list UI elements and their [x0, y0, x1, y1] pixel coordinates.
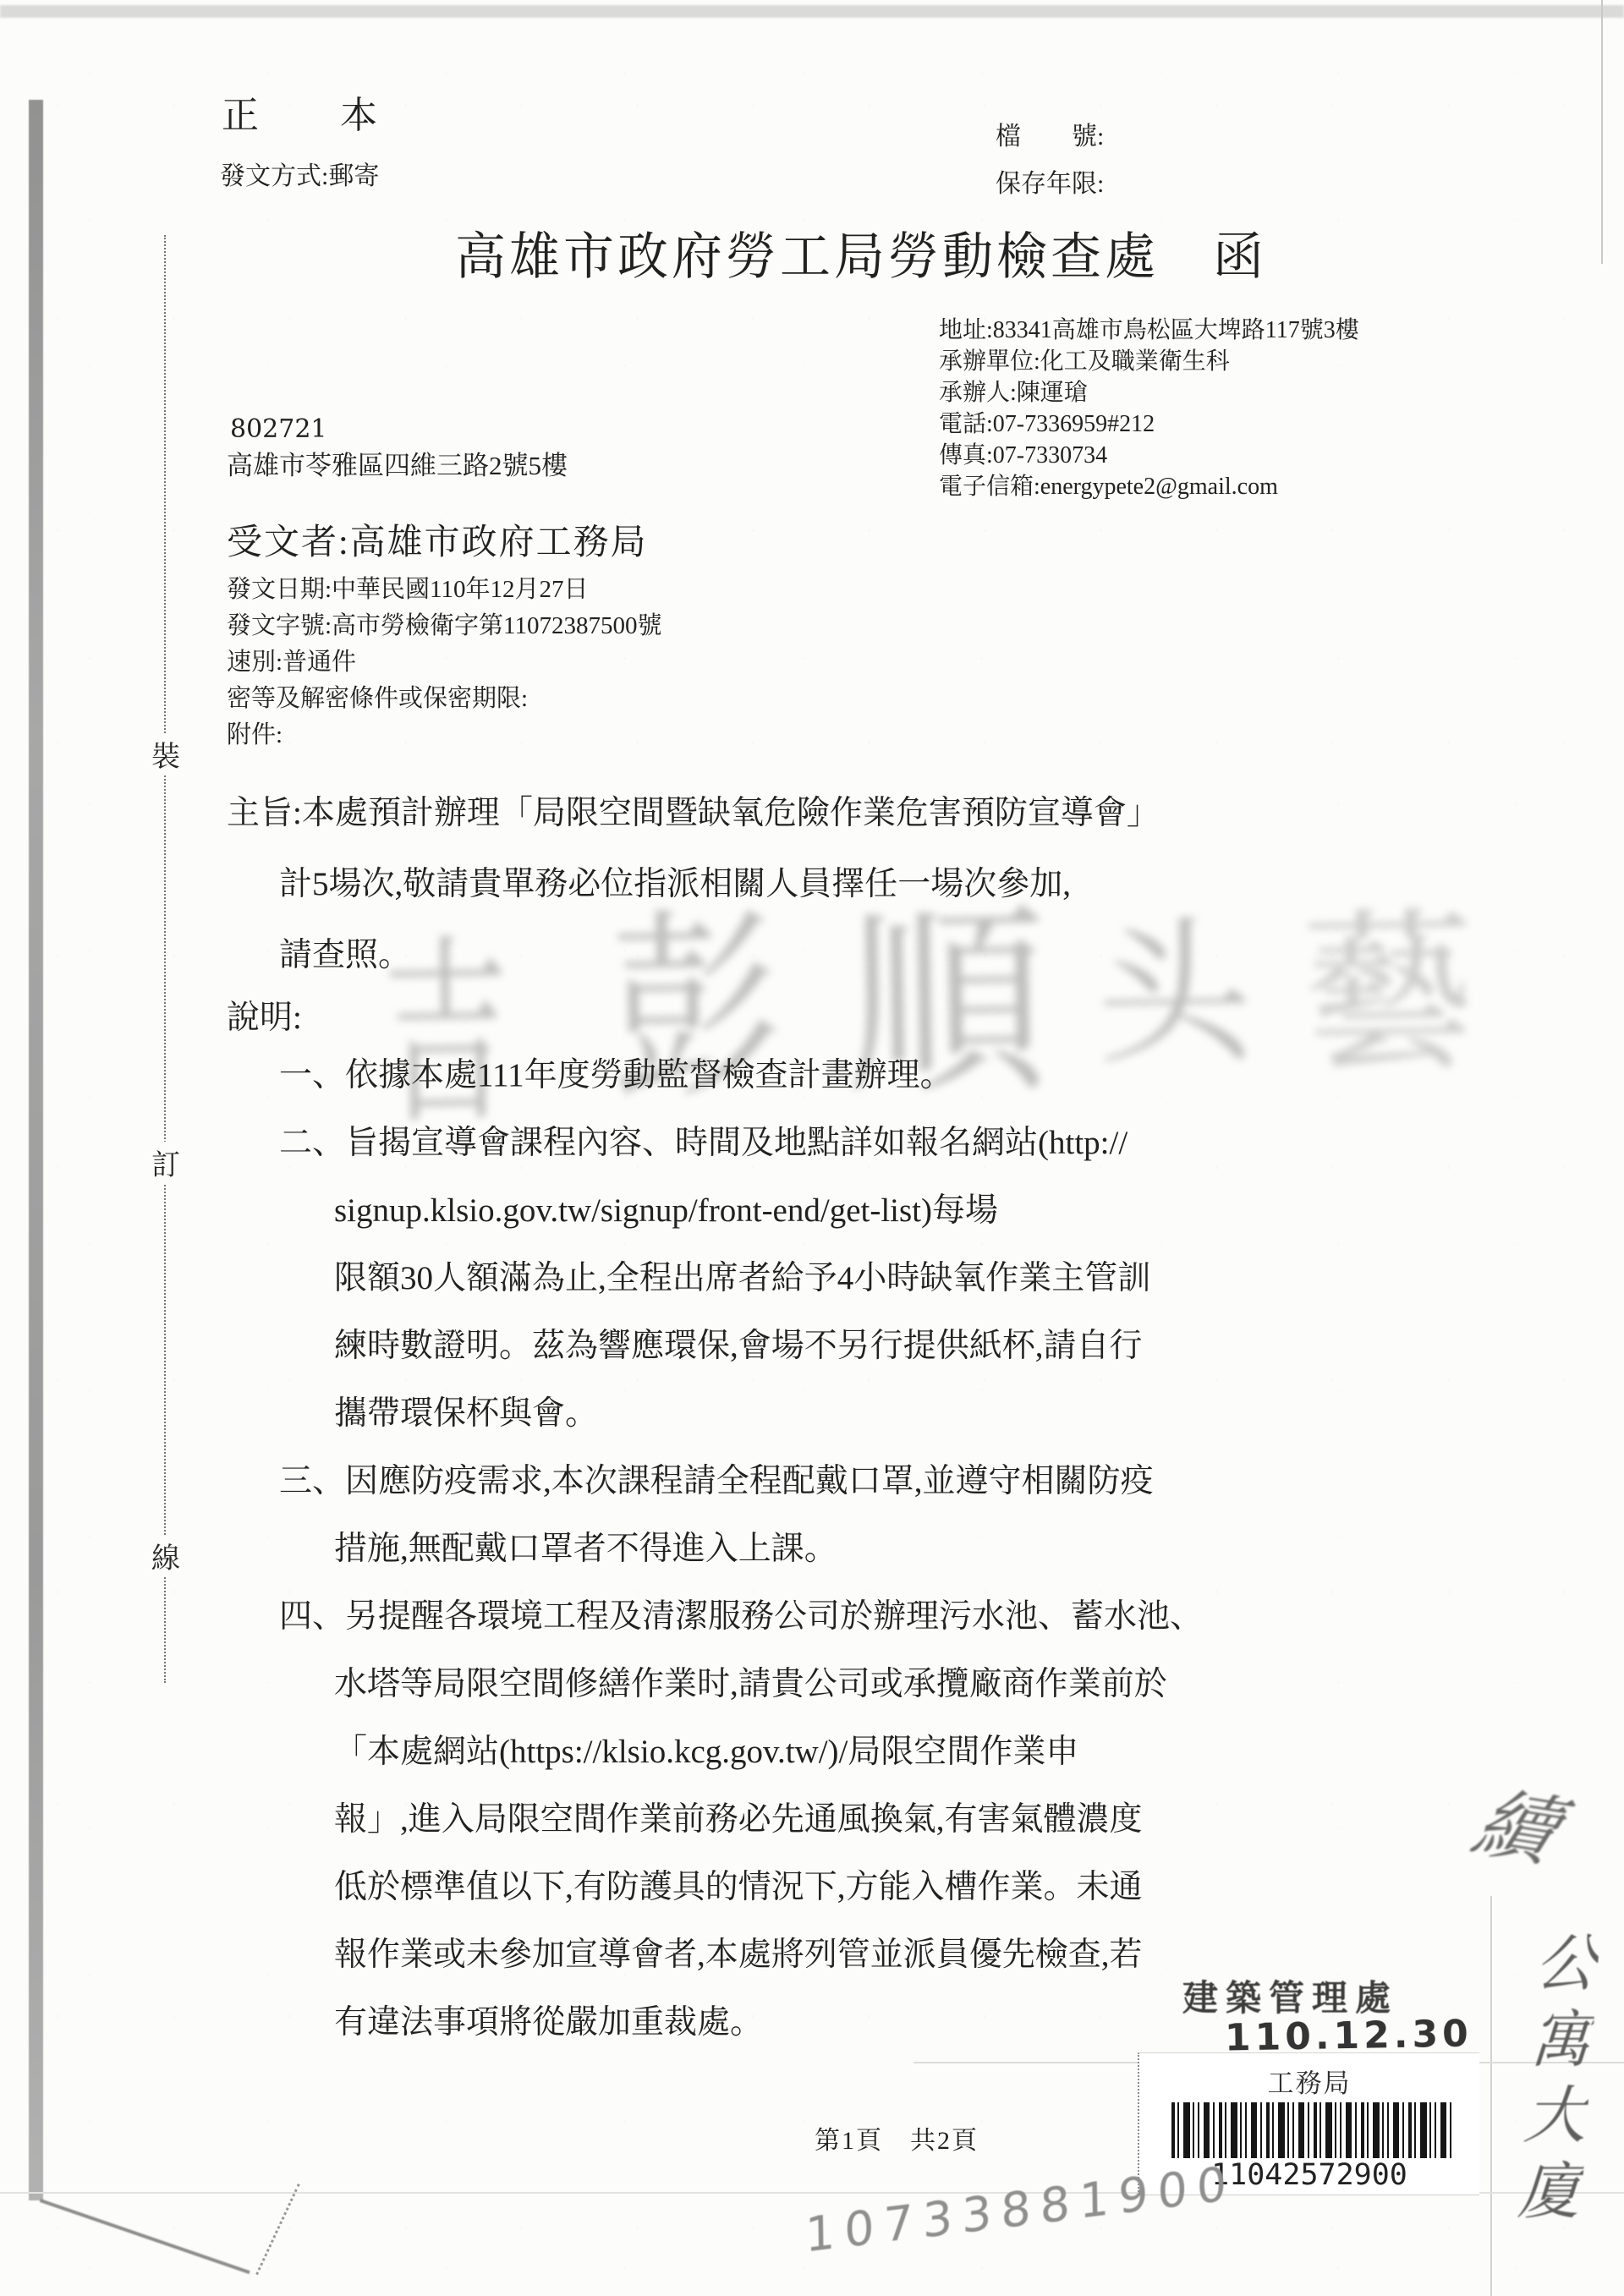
recipient-zip: 802721 — [230, 414, 327, 444]
copy-type-label: 正 本 — [222, 85, 399, 139]
contact-line: 承辦人:陳運瑲 — [939, 377, 1359, 408]
scan-right-edge-line-top — [1601, 0, 1603, 264]
binding-dotted-line — [164, 235, 166, 1683]
body-line: 有違法事項將從嚴加重裁處。 — [334, 1989, 1203, 2057]
body-line: 水塔等局限空間修繕作業时,請貴公司或承攬廠商作業前於 — [334, 1651, 1203, 1718]
body-line: 「本處網站(https://klsio.kcg.gov.tw/)/局限空間作業申 — [334, 1718, 1203, 1786]
meta-line: 附件: — [227, 717, 661, 753]
handwritten-margin-character: 續 — [1461, 1762, 1575, 1881]
subject-line: 主旨:本處預計辦理「局限空間暨缺氧危險作業危害預防宣導會」 — [227, 778, 1160, 849]
recipient-line: 受文者:高雄市政府工務局 — [227, 514, 648, 565]
body-line: 措施,無配戴口罩者不得進入上課。 — [334, 1515, 1203, 1583]
explanation-label: 說明: — [227, 991, 302, 1038]
body-line: 三、因應防疫需求,本次課程請全程配戴口罩,並遵守相關防疫 — [279, 1448, 1203, 1515]
document-title: 高雄市政府勞工局勞動檢查處 函 — [455, 216, 1267, 289]
department-label: 工務局 — [1139, 2062, 1479, 2100]
faded-stamp-character: 藝 — [1300, 907, 1477, 1084]
handwritten-reference-number: 10733881900 — [804, 2156, 1236, 2264]
contact-line: 電話:07-7336959#212 — [939, 408, 1359, 440]
retention-period-label: 保存年限: — [996, 162, 1104, 200]
body-line: 二、旨揭宣導會課程內容、時間及地點詳如報名網站(http:// — [279, 1110, 1203, 1177]
meta-line: 速別:普通件 — [227, 644, 661, 681]
body-line: 練時數證明。茲為響應環保,會場不另行提供紙杯,請自行 — [334, 1312, 1203, 1380]
body-line: 四、另提醒各環境工程及清潔服務公司於辦理污水池、蓄水池、 — [279, 1583, 1203, 1651]
contact-line: 承辦單位:化工及職業衛生科 — [939, 346, 1359, 377]
scan-top-edge-artifact — [0, 5, 1624, 18]
body-line: 限額30人額滿為止,全程出席者給予4小時缺氧作業主管訓 — [334, 1245, 1203, 1312]
body-line: 攜帶環保杯與會。 — [334, 1380, 1203, 1448]
subject-line: 請查照。 — [279, 920, 1160, 991]
scan-corner-fold-dotted-line — [255, 2184, 300, 2275]
scan-right-edge-line-bottom — [1490, 1896, 1492, 2296]
scan-left-edge-artifact — [29, 100, 43, 2200]
handwritten-vertical-note: 公寓大廈 — [1496, 1930, 1607, 2233]
document-meta-block: 發文日期:中華民國110年12月27日發文字號:高市勞檢衛字第110723875… — [227, 572, 661, 753]
body-line: signup.klsio.gov.tw/signup/front-end/get… — [334, 1177, 1203, 1245]
meta-line: 發文字號:高市勞檢衛字第11072387500號 — [227, 608, 661, 644]
scan-corner-fold-line — [40, 2199, 250, 2274]
meta-line: 發文日期:中華民國110年12月27日 — [227, 572, 661, 608]
barcode — [1171, 2102, 1452, 2158]
body-line: 低於標準值以下,有防護具的情況下,方能入槽作業。未通 — [334, 1854, 1203, 1921]
body-line: 一、依據本處111年度勞動監督檢查計畫辦理。 — [279, 1042, 1203, 1110]
contact-line: 傳真:07-7330734 — [939, 440, 1359, 471]
subject-block: 主旨:本處預計辦理「局限空間暨缺氧危險作業危害預防宣導會」計5場次,敬請貴單務必… — [227, 778, 1160, 991]
subject-line: 計5場次,敬請貴單務必位指派相關人員擇任一場次參加, — [279, 849, 1160, 920]
binding-mark-2: 訂 — [149, 1142, 183, 1183]
scanned-official-letter: 正 本 發文方式:郵寄 檔 號: 保存年限: 高雄市政府勞工局勞動檢查處 函 地… — [0, 0, 1624, 2296]
binding-mark-1: 裝 — [149, 733, 183, 775]
sender-contact-block: 地址:83341高雄市鳥松區大埤路117號3樓承辦單位:化工及職業衛生科承辦人:… — [939, 315, 1359, 502]
body-line: 報」,進入局限空間作業前務必先通風換氣,有害氣體濃度 — [334, 1786, 1203, 1854]
contact-line: 電子信箱:energypete2@gmail.com — [939, 471, 1359, 502]
page-number-info: 第1頁 共2頁 — [815, 2119, 979, 2156]
send-method-label: 發文方式:郵寄 — [220, 155, 379, 192]
explanation-body: 一、依據本處111年度勞動監督檢查計畫辦理。二、旨揭宣導會課程內容、時間及地點詳… — [227, 1042, 1203, 2057]
file-number-label: 檔 號: — [996, 115, 1104, 152]
body-line: 報作業或未參加宣導會者,本處將列管並派員優先檢查,若 — [334, 1921, 1203, 1989]
binding-mark-3: 線 — [149, 1535, 183, 1576]
meta-line: 密等及解密條件或保密期限: — [227, 681, 661, 717]
recipient-address: 高雄市苓雅區四維三路2號5樓 — [227, 444, 568, 482]
contact-line: 地址:83341高雄市鳥松區大埤路117號3樓 — [939, 315, 1359, 346]
